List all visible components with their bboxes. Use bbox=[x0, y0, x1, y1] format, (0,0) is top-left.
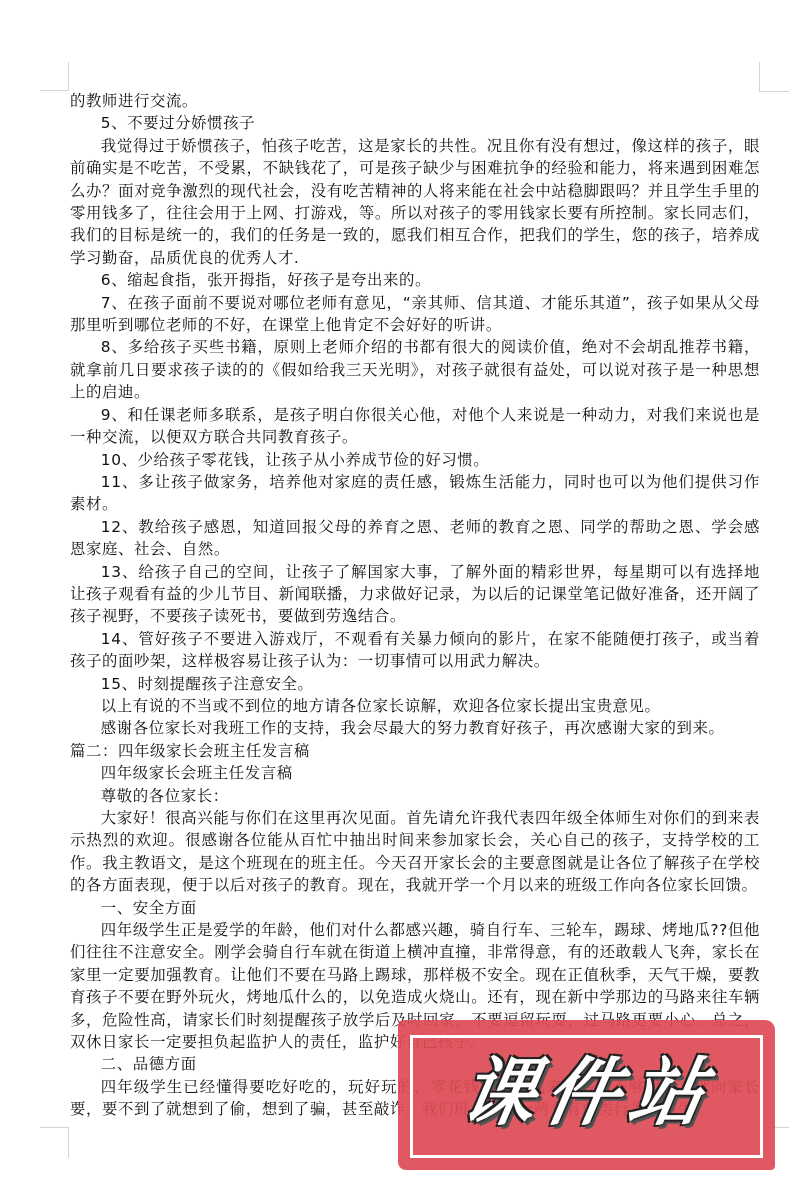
paragraph: 大家好！很高兴能与你们在这里再次见面。首先请允许我代表四年级全体师生对你们的到来… bbox=[70, 807, 760, 897]
salutation: 尊敬的各位家长： bbox=[70, 785, 760, 807]
page-corner-mark-top-left bbox=[40, 62, 69, 91]
list-item: 14、管好孩子不要进入游戏厅，不观看有关暴力倾向的影片，在家不能随便打孩子，或当… bbox=[70, 628, 760, 673]
paragraph: 我觉得过于娇惯孩子，怕孩子吃苦，这是家长的共性。况且你有没有想过，像这样的孩子，… bbox=[70, 135, 760, 269]
watermark-stamp: 课件站 bbox=[398, 1015, 775, 1170]
list-item: 12、教给孩子感恩，知道回报父母的养育之恩、老师的教育之恩、同学的帮助之恩、学会… bbox=[70, 516, 760, 561]
list-item: 13、给孩子自己的空间，让孩子了解国家大事，了解外面的精彩世界，每星期可以有选择… bbox=[70, 561, 760, 628]
stamp-gap-left bbox=[410, 1035, 413, 1158]
stamp-gap-top bbox=[412, 1035, 761, 1038]
stamp-gap-bottom bbox=[412, 1155, 761, 1158]
page-corner-mark-bottom-left bbox=[40, 1127, 69, 1158]
list-item: 10、少给孩子零花钱，让孩子从小养成节俭的好习惯。 bbox=[70, 449, 760, 471]
page-corner-mark-top-right bbox=[759, 62, 789, 92]
document-page: 的教师进行交流。 5、不要过分娇惯孩子 我觉得过于娇惯孩子，怕孩子吃苦，这是家长… bbox=[0, 0, 800, 1200]
list-item: 7、在孩子面前不要说对哪位老师有意见，“亲其师、信其道、才能乐其道”，孩子如果从… bbox=[70, 292, 760, 337]
list-item: 9、和任课老师多联系，是孩子明白你很关心他，对他个人来说是一种动力，对我们来说也… bbox=[70, 404, 760, 449]
paragraph: 感谢各位家长对我班工作的支持，我会尽最大的努力教育好孩子，再次感谢大家的到来。 bbox=[70, 717, 760, 739]
watermark-label: 课件站 bbox=[416, 1053, 760, 1133]
list-item: 6、缩起食指，张开拇指，好孩子是夸出来的。 bbox=[70, 269, 760, 291]
list-item: 15、时刻提醒孩子注意安全。 bbox=[70, 673, 760, 695]
document-title: 四年级家长会班主任发言稿 bbox=[70, 762, 760, 784]
section-heading: 一、安全方面 bbox=[70, 897, 760, 919]
document-body: 的教师进行交流。 5、不要过分娇惯孩子 我觉得过于娇惯孩子，怕孩子吃苦，这是家长… bbox=[70, 90, 760, 1121]
part-title: 篇二：四年级家长会班主任发言稿 bbox=[70, 740, 760, 762]
paragraph: 的教师进行交流。 bbox=[70, 90, 760, 112]
section-heading: 5、不要过分娇惯孩子 bbox=[70, 112, 760, 134]
list-item: 11、多让孩子做家务，培养他对家庭的责任感，锻炼生活能力，同时也可以为他们提供习… bbox=[70, 471, 760, 516]
stamp-gap-right bbox=[760, 1035, 763, 1158]
paragraph: 以上有说的不当或不到位的地方请各位家长谅解，欢迎各位家长提出宝贵意见。 bbox=[70, 695, 760, 717]
list-item: 8、多给孩子买些书籍，原则上老师介绍的书都有很大的阅读价值，绝对不会胡乱推荐书籍… bbox=[70, 336, 760, 403]
